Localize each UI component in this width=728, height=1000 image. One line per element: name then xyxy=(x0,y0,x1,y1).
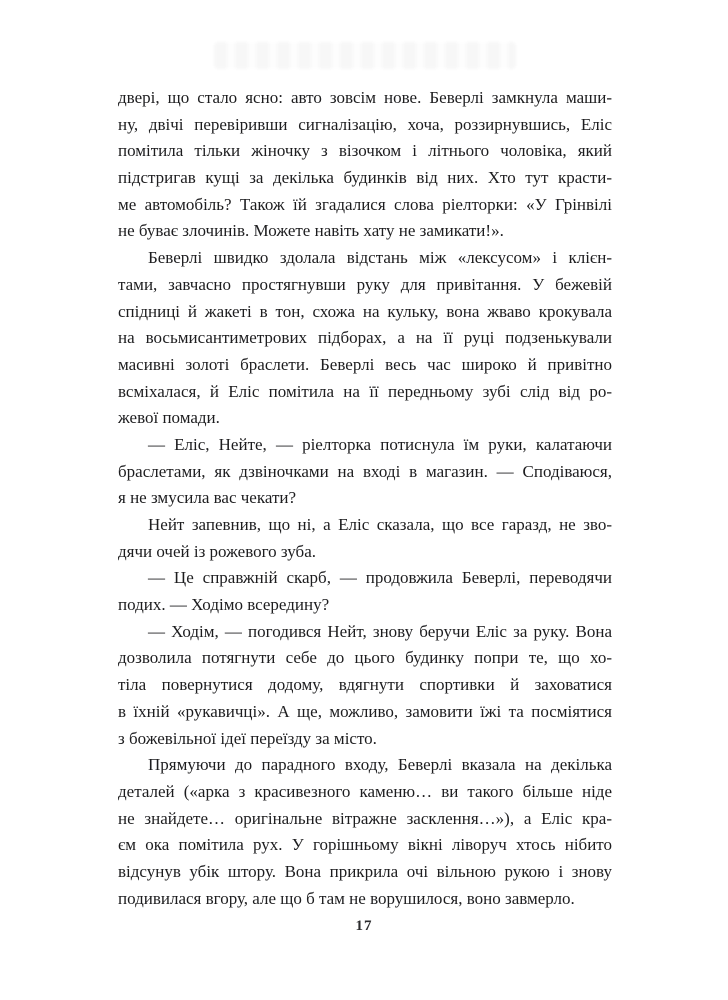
text-line: — Еліс, Нейте, — ріелторка потиснула їм … xyxy=(118,432,612,459)
page-text-block: двері, що стало ясно: авто зовсім нове. … xyxy=(118,85,612,912)
showthrough-heading-artifact xyxy=(214,42,516,69)
page-number: 17 xyxy=(0,918,728,935)
text-line: подивилася вгору, але що б там не воруши… xyxy=(118,886,612,913)
text-line: тіла повернутися додому, вдягнути спорти… xyxy=(118,672,612,699)
text-line: Нейт запевнив, що ні, а Еліс сказала, що… xyxy=(118,512,612,539)
text-line: двері, що стало ясно: авто зовсім нове. … xyxy=(118,85,612,112)
text-line: дозволила потягнути себе до цього будинк… xyxy=(118,645,612,672)
text-line: не буває злочинів. Можете навіть хату не… xyxy=(118,218,612,245)
text-line: єм ока помітила рух. У горішньому вікні … xyxy=(118,832,612,859)
book-page: двері, що стало ясно: авто зовсім нове. … xyxy=(0,0,728,1000)
text-line: Беверлі швидко здолала відстань між «лек… xyxy=(118,245,612,272)
text-line: всміхалася, й Еліс помітила на її передн… xyxy=(118,379,612,406)
text-line: не знайдете… оригінальне вітражне заскле… xyxy=(118,806,612,833)
text-line: дячи очей із рожевого зуба. xyxy=(118,539,612,566)
text-line: підстригав кущі за декілька будинків від… xyxy=(118,165,612,192)
text-line: браслетами, як дзвіночками на вході в ма… xyxy=(118,459,612,486)
text-line: на восьмисантиметрових підборах, а на її… xyxy=(118,325,612,352)
text-line: — Це справжній скарб, — продовжила Бевер… xyxy=(118,565,612,592)
text-line: жевої помади. xyxy=(118,405,612,432)
text-line: деталей («арка з красивезного каменю… ви… xyxy=(118,779,612,806)
text-line: помітила тільки жіночку з візочком і літ… xyxy=(118,138,612,165)
text-line: — Ходім, — погодився Нейт, знову беручи … xyxy=(118,619,612,646)
text-line: подих. — Ходімо всередину? xyxy=(118,592,612,619)
text-line: масивні золоті браслети. Беверлі весь ча… xyxy=(118,352,612,379)
text-line: спідниці й жакеті в тон, схожа на кульку… xyxy=(118,299,612,326)
text-line: тами, завчасно простягнувши руку для при… xyxy=(118,272,612,299)
text-line: ну, двічі перевіривши сигналізацію, хоча… xyxy=(118,112,612,139)
text-line: з божевільної ідеї переїзду за місто. xyxy=(118,726,612,753)
text-line: в їхній «рукавичці». А ще, можливо, замо… xyxy=(118,699,612,726)
text-line: ме автомобіль? Також їй згадалися слова … xyxy=(118,192,612,219)
text-line: я не змусила вас чекати? xyxy=(118,485,612,512)
text-line: відсунув убік штору. Вона прикрила очі в… xyxy=(118,859,612,886)
text-line: Прямуючи до парадного входу, Беверлі вка… xyxy=(118,752,612,779)
